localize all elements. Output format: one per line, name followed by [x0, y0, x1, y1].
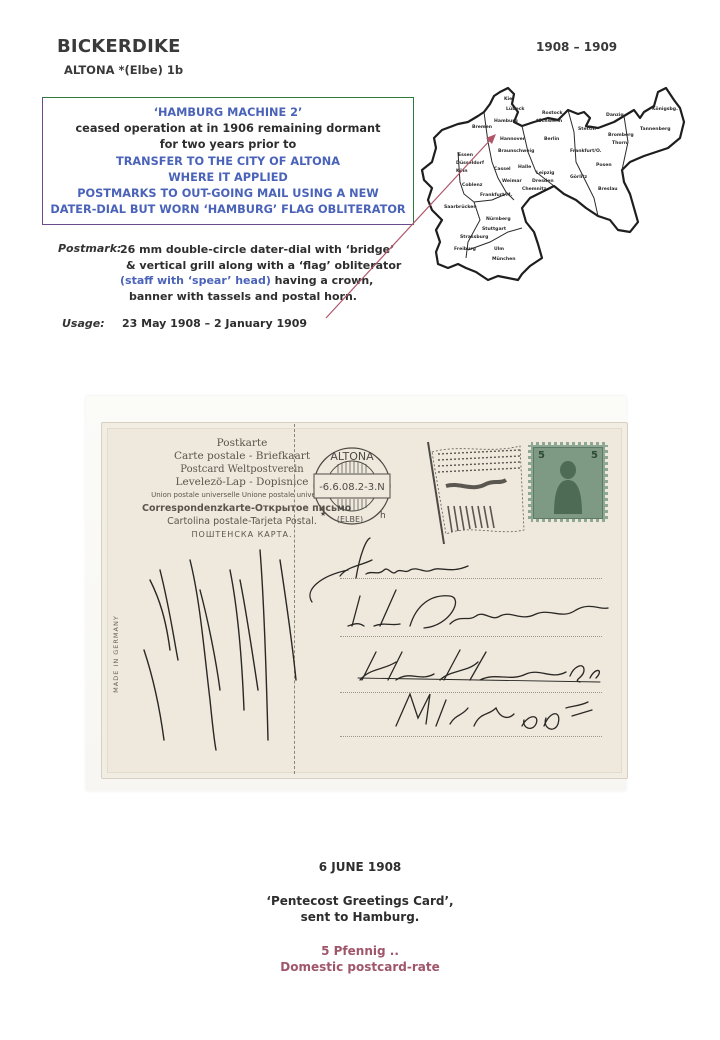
hamburg-pointer-arrow [0, 0, 720, 400]
made-in-germany-imprint: MADE IN GERMANY [112, 604, 120, 704]
handwritten-address [300, 530, 630, 750]
svg-text:-6.6.08.2-3.N: -6.6.08.2-3.N [319, 482, 385, 493]
svg-text:★: ★ [320, 510, 326, 518]
stamp-design: 5 5 [533, 447, 603, 519]
stamp-value-left: 5 [538, 450, 545, 461]
svg-text:h: h [380, 511, 386, 521]
postage-rate-2: Domestic postcard-rate [0, 960, 720, 974]
postage-rate-1: 5 Pfennig .. [0, 944, 720, 958]
svg-text:(ELBE): (ELBE) [337, 515, 363, 524]
cover-date: 6 JUNE 1908 [0, 860, 720, 874]
stamp-value-right: 5 [591, 450, 598, 461]
germania-figure-icon [548, 458, 588, 514]
cover-description-1: ‘Pentecost Greetings Card’, [0, 894, 720, 908]
cover-description-2: sent to Hamburg. [0, 910, 720, 924]
svg-text:ALTONA: ALTONA [330, 450, 374, 463]
handwritten-message [130, 540, 300, 780]
altona-cancel-postmark: ALTONA -6.6.08.2-3.N (ELBE) h ★ [306, 442, 402, 538]
